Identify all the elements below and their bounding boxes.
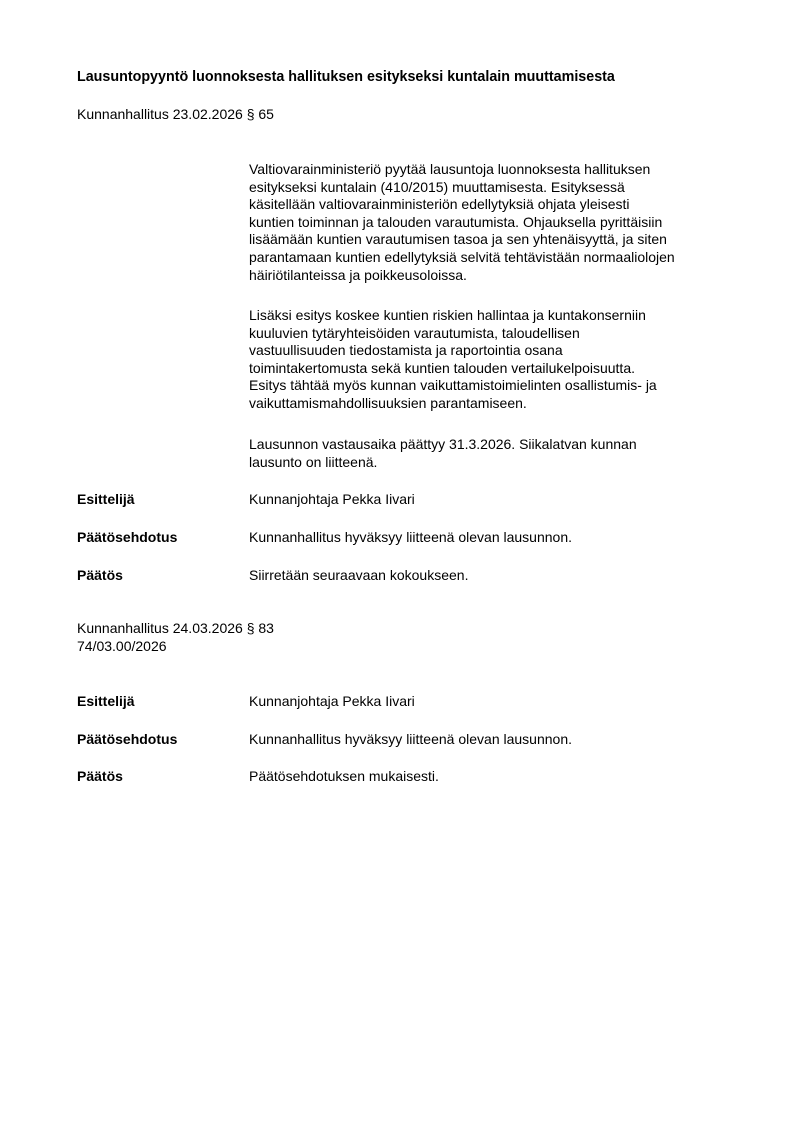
paragraph-line: esitykseksi kuntalain (410/2015) muuttam… xyxy=(249,179,739,197)
field-label-decision-2: Päätös xyxy=(77,768,123,784)
paragraph-line: vastuullisuuden tiedostamista ja raporto… xyxy=(249,342,739,360)
paragraph-line: vaikuttamismahdollisuuksien parantamisee… xyxy=(249,395,739,413)
paragraph-line: häiriötilanteissa ja poikkeusoloissa. xyxy=(249,267,739,285)
paragraph-line: parantamaan kuntien edellytyksiä selvitä… xyxy=(249,249,739,267)
paragraph-line: Lisäksi esitys koskee kuntien riskien ha… xyxy=(249,307,739,325)
field-value-proposal-2: Kunnanhallitus hyväksyy liitteenä olevan… xyxy=(249,731,572,747)
field-label-presenter-2: Esittelijä xyxy=(77,693,135,709)
field-value-decision-2: Päätösehdotuksen mukaisesti. xyxy=(249,768,439,784)
paragraph-3: Lausunnon vastausaika päättyy 31.3.2026.… xyxy=(249,436,739,471)
paragraph-2: Lisäksi esitys koskee kuntien riskien ha… xyxy=(249,307,739,413)
paragraph-line: lausunto on liitteenä. xyxy=(249,454,739,472)
field-value-presenter-2: Kunnanjohtaja Pekka Iivari xyxy=(249,693,415,709)
record-id: 74/03.00/2026 xyxy=(77,638,167,656)
paragraph-line: Valtiovarainministeriö pyytää lausuntoja… xyxy=(249,161,739,179)
field-label-presenter: Esittelijä xyxy=(77,491,135,507)
paragraph-line: toimintakertomusta sekä kuntien talouden… xyxy=(249,360,739,378)
paragraph-line: Lausunnon vastausaika päättyy 31.3.2026.… xyxy=(249,436,739,454)
paragraph-line: kuntien toiminnan ja talouden varautumis… xyxy=(249,214,739,232)
meeting-heading-1: Kunnanhallitus 23.02.2026 § 65 xyxy=(77,106,274,124)
paragraph-line: Esitys tähtää myös kunnan vaikuttamistoi… xyxy=(249,377,739,395)
paragraph-1: Valtiovarainministeriö pyytää lausuntoja… xyxy=(249,161,739,284)
paragraph-line: lisäämään kuntien varautumisen tasoa ja … xyxy=(249,231,739,249)
field-value-proposal: Kunnanhallitus hyväksyy liitteenä olevan… xyxy=(249,529,572,545)
paragraph-line: käsitellään valtiovarainministeriön edel… xyxy=(249,196,739,214)
field-label-proposal: Päätösehdotus xyxy=(77,529,177,545)
meeting-heading-2: Kunnanhallitus 24.03.2026 § 83 xyxy=(77,620,274,638)
document-title: Lausuntopyyntö luonnoksesta hallituksen … xyxy=(77,69,615,85)
field-label-decision: Päätös xyxy=(77,567,123,583)
paragraph-line: kuuluvien tytäryhteisöiden varautumista,… xyxy=(249,325,739,343)
field-label-proposal-2: Päätösehdotus xyxy=(77,731,177,747)
field-value-presenter: Kunnanjohtaja Pekka Iivari xyxy=(249,491,415,507)
field-value-decision: Siirretään seuraavaan kokoukseen. xyxy=(249,567,468,583)
